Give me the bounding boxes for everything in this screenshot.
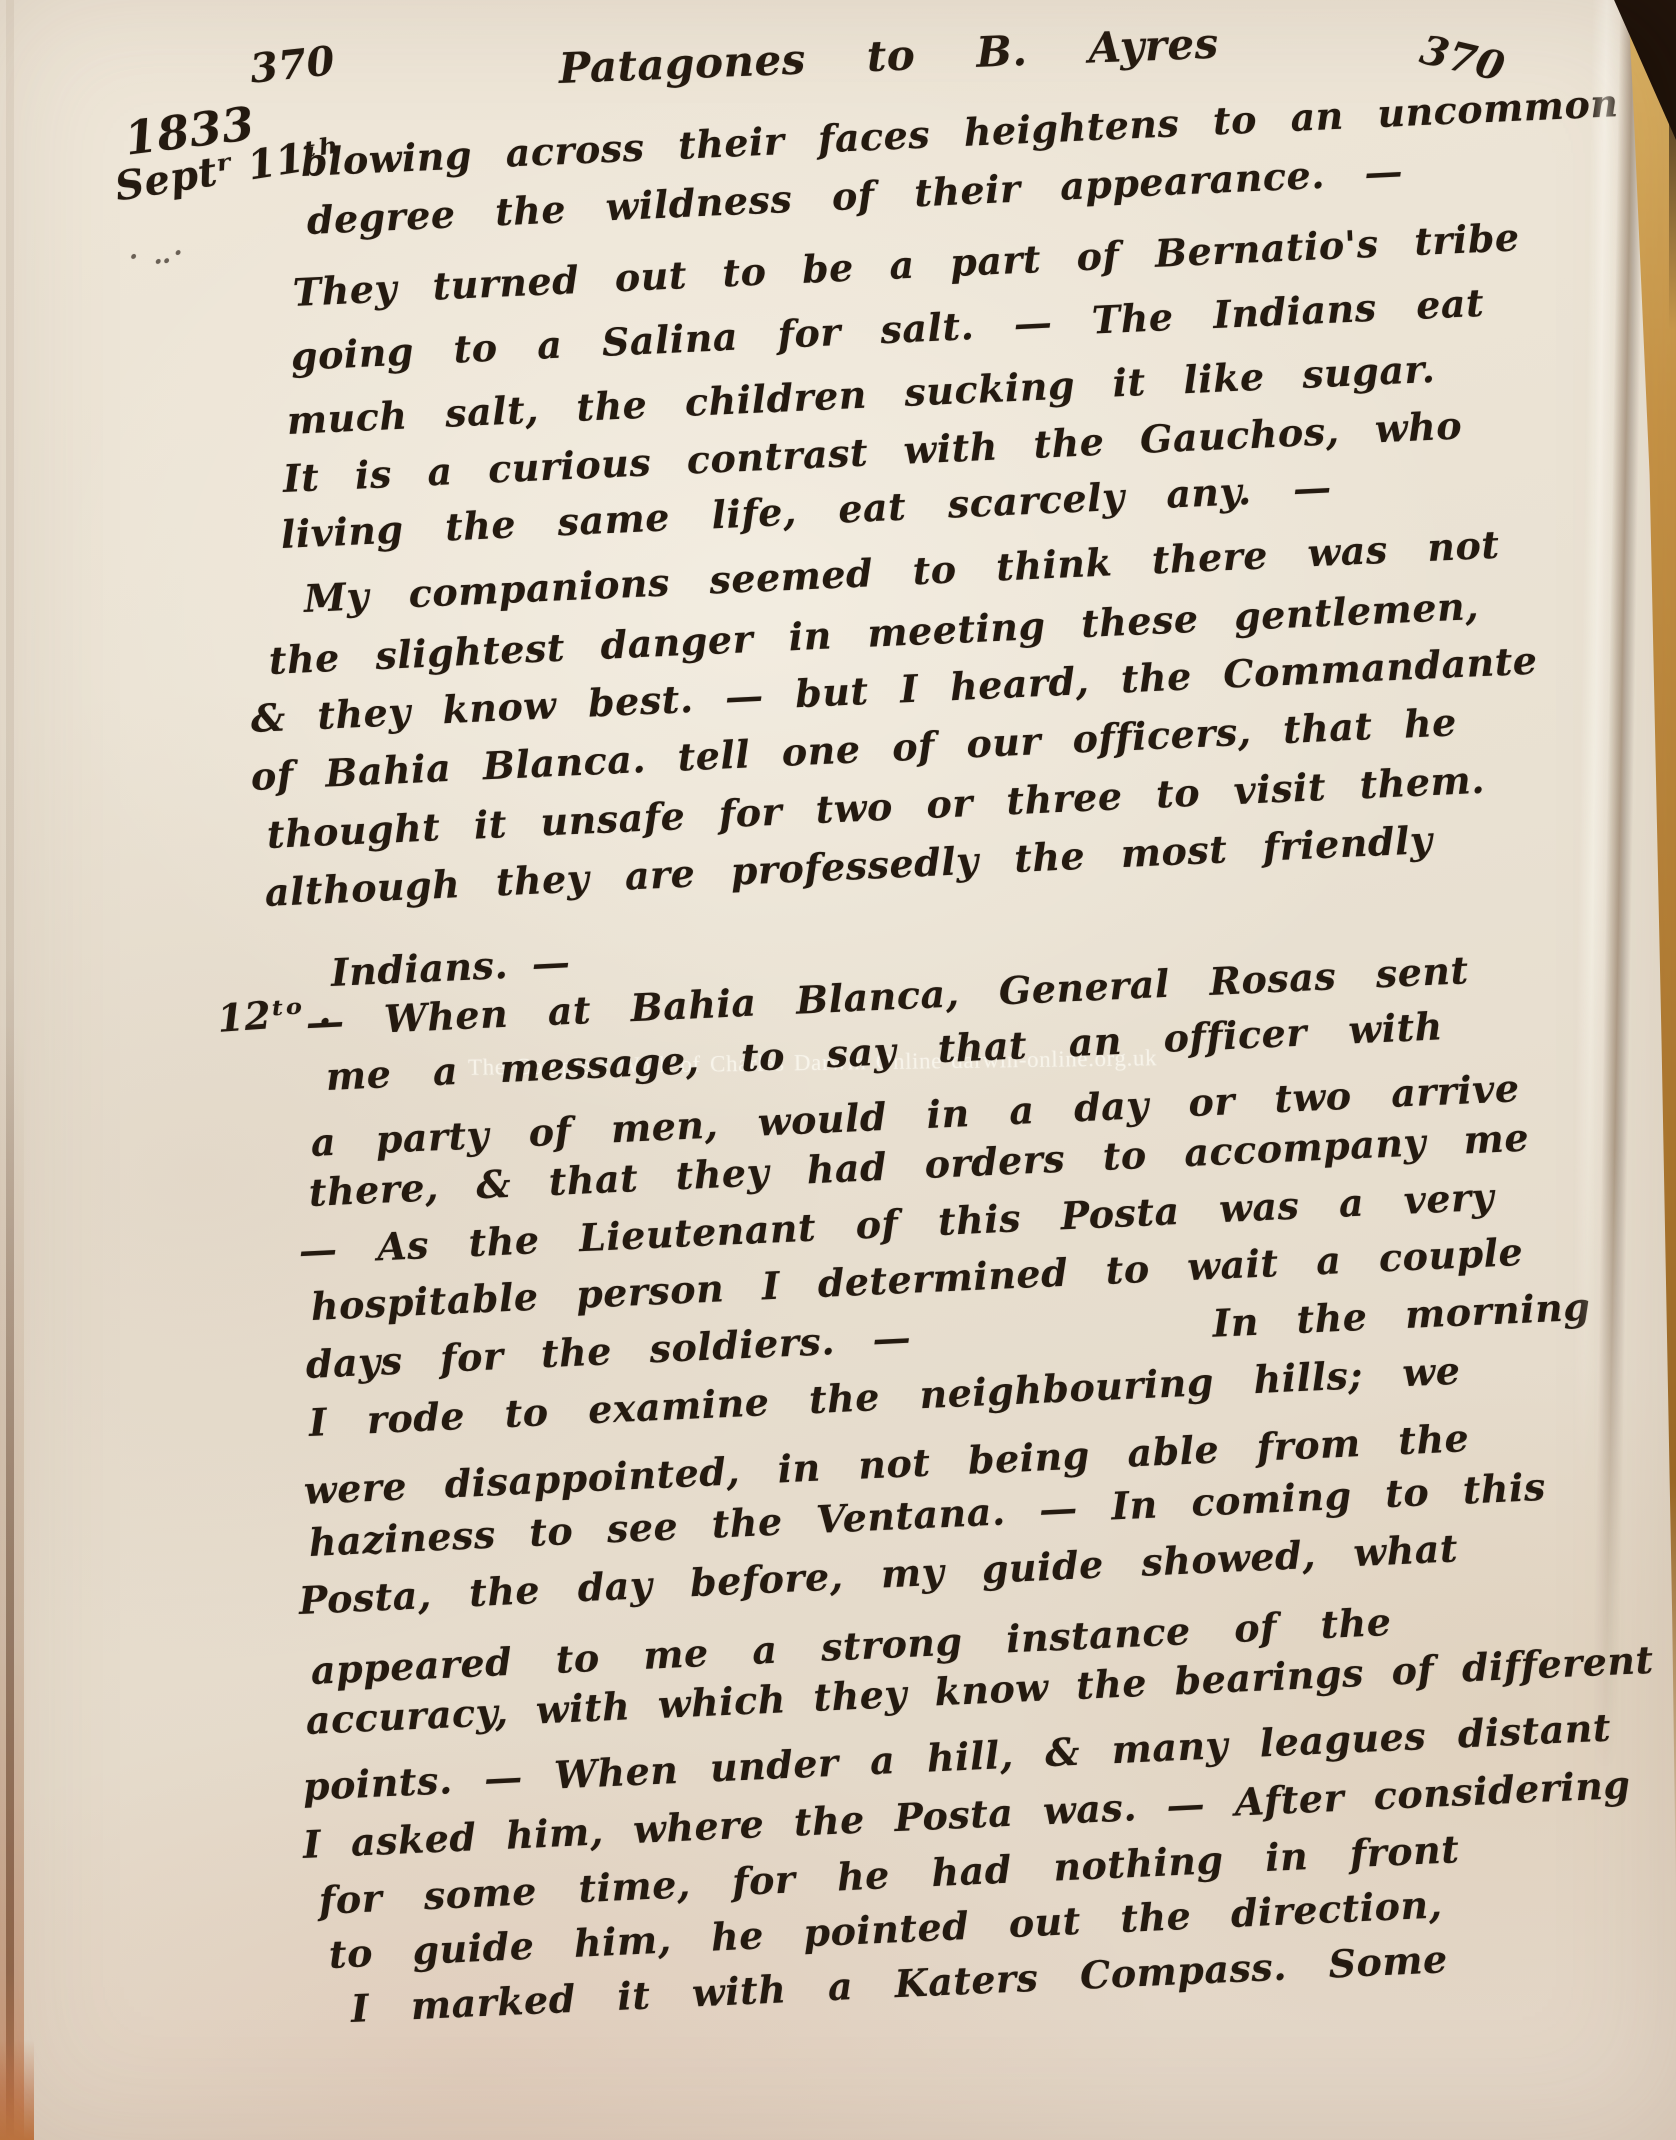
manuscript-line: Indians. — <box>330 941 571 994</box>
ink-smudge: · ‥· <box>128 239 187 272</box>
binding-edge-right-line <box>1669 0 1676 330</box>
manuscript-scan: 370 Patagones to B. Ayres 370 1833 Septʳ… <box>0 0 1676 2140</box>
page-number-right: 370 <box>1416 28 1509 90</box>
page-title: Patagones to B. Ayres <box>558 21 1220 92</box>
manuscript-page: 370 Patagones to B. Ayres 370 1833 Septʳ… <box>0 0 1676 2140</box>
page-number-left: 370 <box>248 39 337 92</box>
gutter-edge-left <box>0 1020 24 2140</box>
gutter-corner-bottom-left <box>0 2040 34 2140</box>
